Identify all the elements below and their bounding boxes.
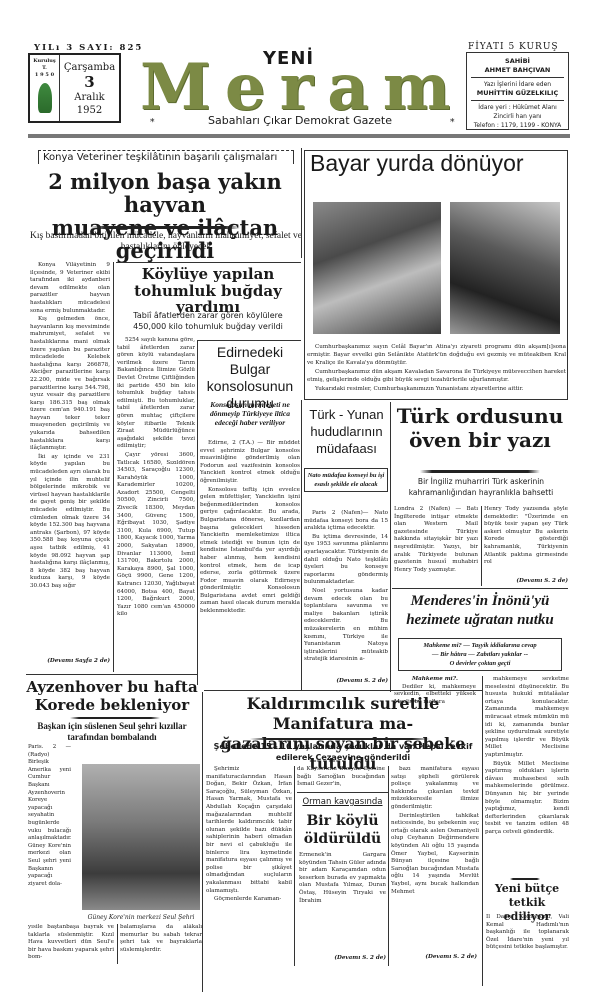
- divider: [90, 226, 240, 229]
- star-icon: *: [450, 118, 455, 128]
- founded-year: 1 9 5 0: [30, 72, 59, 79]
- founded-label: Kuruluş T.: [30, 58, 59, 72]
- paragraph: Konya Vilâyetinin 9 ilçesinde, 9 Veterin…: [30, 262, 110, 315]
- subhead-line: O devirler çoktan geçti: [401, 659, 559, 668]
- bayar-caption: Cumhurbaşkanımız sayın Celâl Bayar'ın At…: [307, 343, 566, 394]
- headline-line: Kaldırımcılık suretile Manifatura ma-: [204, 694, 482, 734]
- price-label: FİYATI 5 KURUŞ: [468, 42, 559, 52]
- box-top-rule: [297, 792, 388, 794]
- column-rule: [202, 692, 203, 992]
- bulgar-body: Edirne, 2 (T.A.) — Bir müddet evvel şehr…: [200, 440, 300, 688]
- editor-label: Yazı İşlerini İdare eden: [467, 80, 568, 89]
- phone-line: Telefon : 1179, 1199 - KONYA: [467, 121, 568, 130]
- turk-ordusu-col2: Henry Tody yazısında şöyle demektedir: "…: [484, 506, 568, 576]
- section-rule: [392, 588, 568, 589]
- section-rule: [26, 674, 198, 675]
- turk-yunan-body: Paris 2 (Nafen)— Nato müdafaa konseyi bo…: [304, 510, 388, 682]
- month-year: Aralık 1952: [74, 92, 104, 116]
- address-line: İdare yeri : Hükümet Alanı: [467, 103, 568, 112]
- founded-panel: Kuruluş T. 1 9 5 0: [30, 55, 60, 121]
- wheat-subhead: Tabiî âfatlerden zarar gören köylülere 4…: [116, 310, 300, 332]
- paragraph: Göçmenlerde Karaman-: [206, 896, 292, 904]
- orman-body: Ermenek'in Gargara köyünden Tahsin Güler…: [299, 852, 386, 952]
- ayzenhover-bottom-col1: yısile baştanbaşa bayrak ve taklarla süs…: [28, 924, 114, 964]
- manifatura-col1: Şehrimiz manifaturacılarından Hasan Doğa…: [206, 766, 292, 988]
- paragraph: 5254 sayılı kanuna göre, tabiî âfetlerde…: [117, 337, 195, 451]
- newspaper-tagline: Sabahları Çıkar Demokrat Gazete: [140, 114, 460, 127]
- paragraph: bazı manifatura eşyası satışı şüpheli gö…: [391, 766, 479, 812]
- paragraph: Büyük Millet Meclisine yaptırmış oldukla…: [485, 761, 569, 837]
- seoul-photo-caption: Güney Kore'nin merkezi Seul Şehri: [82, 914, 200, 921]
- paragraph: Derinleştirilen tahkikat neticesinde, bu…: [391, 813, 479, 897]
- paragraph: Edirne, 2 (T.A.) — Bir müddet evvel şehr…: [200, 440, 300, 486]
- issue-date: Çarşamba 3 Aralık 1952: [60, 55, 119, 121]
- headline-line: Türk ordusunu: [392, 404, 568, 428]
- subhead-line: — Bir hâtıra — Zabıtları yaktılar --: [401, 650, 559, 659]
- column-rule: [301, 400, 302, 690]
- headline-line: Menderes'in İnönü'yü: [392, 592, 568, 611]
- column-rule: [481, 506, 482, 586]
- menderes-headline: Menderes'in İnönü'yü hezimete uğratan nu…: [392, 592, 568, 630]
- veterinary-body: Konya Vilâyetinin 9 ilçesinde, 9 Veterin…: [30, 262, 110, 672]
- manifatura-col2: da Kayserinin Bünyan ilçesine bağlı Sarı…: [297, 766, 385, 788]
- bulgar-subhead: Konsolosun memleketi ne dönmeyip Türkiye…: [199, 400, 301, 427]
- divider: [510, 878, 540, 880]
- turk-ordusu-subhead: Bir İngiliz muharriri Türk askerinin kah…: [393, 476, 569, 498]
- box-top-rule: [116, 262, 301, 264]
- subhead-line: Mahkeme mi? — Taşyik iddialarına cevap: [401, 641, 559, 650]
- column-rule: [117, 924, 118, 964]
- box-top-rule: [197, 340, 301, 342]
- orman-headline: Bir köylü öldürüldü: [297, 812, 388, 848]
- turk-ordusu-headline: Türk ordusunu öven bir yazı: [392, 404, 568, 452]
- continued-link[interactable]: (Devamı S. 2 de): [299, 955, 386, 961]
- paragraph: Cumhurbaşkanımız sayın Celâl Bayar'ın At…: [307, 343, 566, 367]
- paragraph: Cumhurbaşkanımız dün akşam Kavaladan Sav…: [307, 368, 566, 384]
- continued-link[interactable]: (Devamı Sayfa 2 de): [30, 658, 110, 664]
- menderes-col2: mahkemeye sevketme meselesini düşünecekt…: [485, 676, 569, 856]
- divider: [420, 470, 540, 473]
- continued-link[interactable]: (Devamı S. 2 de): [391, 954, 477, 960]
- bayar-photo-right: [450, 202, 560, 334]
- veterinary-kicker: Konya Veteriner teşkilâtının başarılı ça…: [38, 150, 294, 164]
- column-rule: [197, 340, 198, 685]
- ayzenhover-bottom-col2: balamışlarsa da alâkalı memurlar bu saba…: [120, 924, 202, 964]
- turk-yunan-boxed-subhead: Nato müdafaa konseyi bu işi esaslı şekil…: [304, 468, 388, 492]
- seoul-photo: [82, 764, 200, 910]
- ayzenhover-side-text: Paris. 2 — (Radyo) Birleşik Amerika yeni…: [28, 744, 71, 912]
- masthead-rule: [28, 134, 570, 138]
- date-box: Kuruluş T. 1 9 5 0 Çarşamba 3 Aralık 195…: [28, 53, 121, 123]
- continued-link[interactable]: (Devamı S. 2 de): [484, 578, 568, 584]
- column-rule: [113, 262, 114, 672]
- paragraph: Konsolosu teftiş için evvelce gelen müfe…: [200, 487, 300, 616]
- headline-line: hezimete uğratan nutku: [392, 611, 568, 630]
- column-rule: [390, 402, 391, 692]
- paragraph: Yukarıdaki resimler, Cumhurbaşkanımızın …: [307, 385, 566, 393]
- turk-ordusu-col1: Londra 2 (Nafen) — Batı İngilterede inti…: [394, 506, 478, 584]
- wheat-body: 5254 sayılı kanuna göre, tabiî âfetlerde…: [117, 337, 195, 672]
- divider: [70, 717, 160, 719]
- bayar-headline: Bayar yurda dönüyor: [310, 150, 565, 177]
- year-issue-label: YILı 3 SAYI: 825: [34, 43, 143, 53]
- day-number: 3: [60, 76, 119, 89]
- wheat-headline: Köylüye yapılan tohumluk buğday yardımı: [116, 266, 300, 316]
- bayar-photo-left: [313, 202, 441, 334]
- manifatura-col3: bazı manifatura eşyası satışı şüpheli gö…: [391, 766, 479, 966]
- address-line: Zincirli han yanı: [467, 112, 568, 121]
- wheat-logo-icon: [38, 83, 52, 113]
- turk-yunan-headline: Türk - Yunan hududlarının müdafaası: [304, 406, 389, 457]
- paragraph: İki ay içinde ve 231 köyde yapılan bu mü…: [30, 454, 110, 591]
- paragraph: Kış gelmeden önce, hayvanların kış mevsi…: [30, 316, 110, 453]
- column-rule: [294, 766, 295, 966]
- headline-line: 2 milyon başa yakın hayvan: [26, 170, 304, 216]
- butce-body: İl Daimi Komisyonu, Vali Kemal Hadımlı'n…: [486, 914, 569, 969]
- owner-label: SAHİBİ: [467, 57, 568, 66]
- paragraph: Çayır yöresi 3600, Tatlıcak 16580, Sızıl…: [117, 452, 195, 619]
- divider: [471, 100, 564, 101]
- weekday: Çarşamba: [64, 62, 115, 73]
- orman-kicker: Orman kavgasında: [297, 797, 388, 807]
- ayzenhover-subhead: Başkan için süslenen Seul şehri kızıllar…: [26, 721, 198, 743]
- divider: [250, 738, 430, 740]
- column-rule: [301, 148, 302, 258]
- column-rule: [482, 676, 483, 986]
- veterinary-subhead: Kış bastırmadan bitirilen mücadele, hayv…: [30, 231, 302, 253]
- paragraph: Bu içtima devresinde, 14 üye 1953 savunm…: [304, 534, 388, 587]
- column-rule: [388, 766, 389, 966]
- publisher-box: SAHİBİ AHMET BAHÇIVAN Yazı İşlerini İdar…: [466, 52, 569, 130]
- section-rule: [204, 690, 482, 691]
- continued-link[interactable]: (Devamı S. 2 de): [304, 678, 388, 684]
- paragraph: Paris 2 (Nafen)— Nato müdafaa konseyi bo…: [304, 510, 388, 533]
- menderes-col1-title: Mahkeme mi?.: [394, 676, 476, 684]
- editor-name: MUHİTTİN GÜZELKILIÇ: [467, 89, 568, 98]
- manifatura-subhead: Şebekede 15 - 16 yaşlarında çocuklar da …: [206, 741, 480, 763]
- divider: [471, 77, 564, 78]
- headline-line: öven bir yazı: [392, 428, 568, 452]
- menderes-boxed-subhead: Mahkeme mi? — Taşyik iddialarına cevap —…: [398, 638, 562, 671]
- ayzenhover-headline: Ayzenhover bu hafta Korede bekleniyor: [26, 678, 198, 714]
- paragraph: mahkemeye sevketme meselesini düşünecekt…: [485, 676, 569, 760]
- paragraph: Noel yortusuna kadar devam edecek olan b…: [304, 588, 388, 664]
- paragraph: Şehrimiz manifaturacılarından Hasan Doğa…: [206, 766, 292, 895]
- newspaper-title: Meram: [140, 56, 460, 120]
- owner-name: AHMET BAHÇIVAN: [467, 66, 568, 75]
